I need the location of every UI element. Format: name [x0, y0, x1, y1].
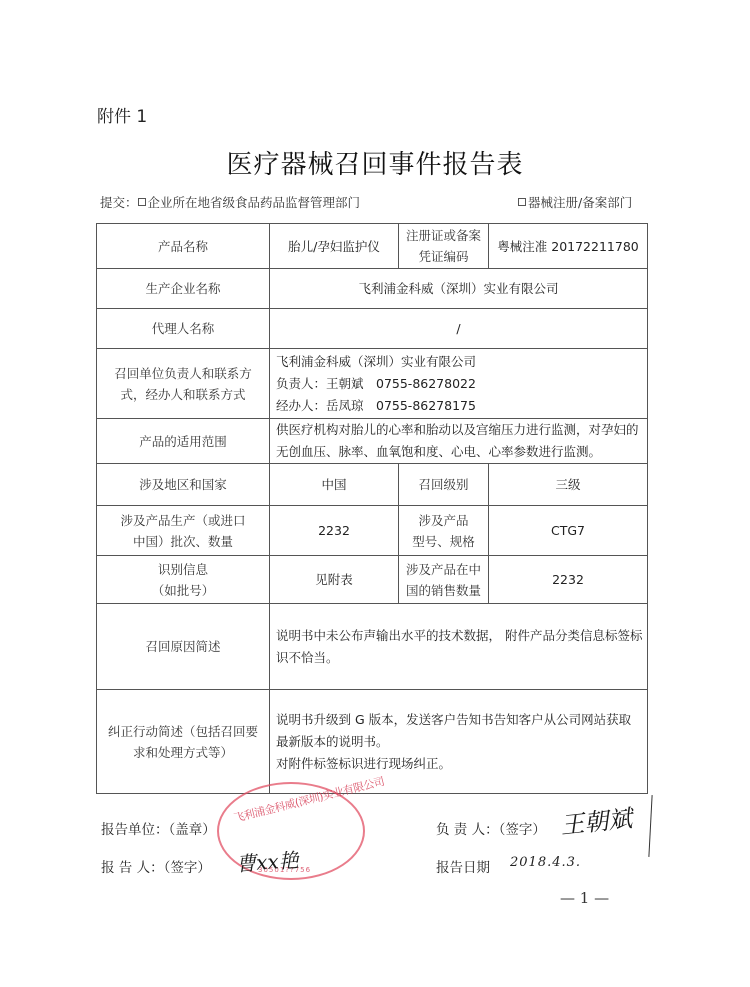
table-row: 生产企业名称 飞利浦金科威（深圳）实业有限公司 — [97, 269, 648, 309]
sales-value: 2232 — [489, 556, 648, 604]
submit-option-registration: 器械注册/备案部门 — [528, 195, 632, 210]
table-row: 产品名称 胎儿/孕妇监护仪 注册证或备案 凭证编码 粤械注准 201722117… — [97, 224, 648, 269]
model-label-line1: 涉及产品 — [403, 510, 484, 531]
contact-value: 飞利浦金科威（深圳）实业有限公司 负责人：王朝斌 0755-86278022 经… — [270, 349, 648, 419]
action-label-line1: 纠正行动简述（包括召回要 — [101, 721, 265, 742]
reason-line1: 说明书中未公布声输出水平的技术数据， 附件产品分类信息标签标 — [276, 625, 643, 647]
product-name-label: 产品名称 — [97, 224, 270, 269]
contact-label-line2: 式，经办人和联系方式 — [101, 384, 265, 405]
responsible-signature: 王朝斌 — [558, 798, 633, 840]
report-unit-label: 报告单位：（盖章） — [101, 818, 216, 838]
recall-report-table: 产品名称 胎儿/孕妇监护仪 注册证或备案 凭证编码 粤械注准 201722117… — [96, 223, 648, 794]
contact-responsible: 负责人：王朝斌 0755-86278022 — [276, 373, 643, 395]
scope-line2: 无创血压、脉率、血氧饱和度、心电、心率参数进行监测。 — [276, 441, 643, 463]
registration-label-line2: 凭证编码 — [403, 246, 484, 267]
table-row: 代理人名称 / — [97, 309, 648, 349]
submit-to-row: 提交：企业所在地省级食品药品监督管理部门 — [100, 193, 360, 211]
product-name-value: 胎儿/孕妇监护仪 — [270, 224, 399, 269]
registration-label-line1: 注册证或备案 — [403, 225, 484, 246]
reason-line2: 识不恰当。 — [276, 647, 643, 669]
id-value: 见附表 — [270, 556, 399, 604]
table-row: 召回原因简述 说明书中未公布声输出水平的技术数据， 附件产品分类信息标签标 识不… — [97, 604, 648, 690]
manufacturer-label: 生产企业名称 — [97, 269, 270, 309]
checkbox-provincial-fda[interactable] — [138, 198, 146, 206]
reporter-signature: 曹xx艳 — [235, 844, 299, 877]
table-row: 涉及产品生产（或进口 中国）批次、数量 2232 涉及产品 型号、规格 CTG7 — [97, 506, 648, 556]
checkbox-registration-dept[interactable] — [518, 198, 526, 206]
contact-handler: 经办人：岳凤琼 0755-86278175 — [276, 395, 643, 417]
batch-value: 2232 — [270, 506, 399, 556]
id-label: 识别信息 （如批号） — [97, 556, 270, 604]
recall-level-label: 召回级别 — [399, 464, 489, 506]
submit-to-registration: 器械注册/备案部门 — [518, 193, 632, 211]
contact-company: 飞利浦金科威（深圳）实业有限公司 — [276, 351, 643, 373]
scope-value: 供医疗机构对胎儿的心率和胎动以及宫缩压力进行监测，对孕妇的 无创血压、脉率、血氧… — [270, 419, 648, 464]
table-row: 涉及地区和国家 中国 召回级别 三级 — [97, 464, 648, 506]
registration-label: 注册证或备案 凭证编码 — [399, 224, 489, 269]
contact-label-line1: 召回单位负责人和联系方 — [101, 363, 265, 384]
table-row: 召回单位负责人和联系方 式，经办人和联系方式 飞利浦金科威（深圳）实业有限公司 … — [97, 349, 648, 419]
sales-label-line2: 国的销售数量 — [403, 580, 484, 601]
id-label-line2: （如批号） — [101, 580, 265, 601]
action-label-line2: 求和处理方式等） — [101, 742, 265, 763]
region-label: 涉及地区和国家 — [97, 464, 270, 506]
action-line3: 对附件标签标识进行现场纠正。 — [276, 753, 643, 775]
reason-label: 召回原因简述 — [97, 604, 270, 690]
model-label-line2: 型号、规格 — [403, 531, 484, 552]
submit-option-provincial: 企业所在地省级食品药品监督管理部门 — [148, 195, 361, 210]
agent-label: 代理人名称 — [97, 309, 270, 349]
agent-value: / — [270, 309, 648, 349]
batch-label-line1: 涉及产品生产（或进口 — [101, 510, 265, 531]
contact-label: 召回单位负责人和联系方 式，经办人和联系方式 — [97, 349, 270, 419]
batch-label-line2: 中国）批次、数量 — [101, 531, 265, 552]
sales-label: 涉及产品在中 国的销售数量 — [399, 556, 489, 604]
action-value: 说明书升级到 G 版本，发送客户告知书告知客户从公司网站获取 最新版本的说明书。… — [270, 690, 648, 794]
sales-label-line1: 涉及产品在中 — [403, 559, 484, 580]
page-title: 医疗器械召回事件报告表 — [0, 144, 750, 181]
responsible-label: 负 责 人：（签字） — [436, 818, 546, 838]
reporter-label: 报 告 人：（签字） — [101, 856, 211, 876]
model-value: CTG7 — [489, 506, 648, 556]
action-label: 纠正行动简述（包括召回要 求和处理方式等） — [97, 690, 270, 794]
submit-prefix: 提交： — [100, 195, 138, 210]
registration-value: 粤械注准 20172211780 — [489, 224, 648, 269]
scope-line1: 供医疗机构对胎儿的心率和胎动以及宫缩压力进行监测，对孕妇的 — [276, 419, 643, 441]
reason-value: 说明书中未公布声输出水平的技术数据， 附件产品分类信息标签标 识不恰当。 — [270, 604, 648, 690]
manufacturer-value: 飞利浦金科威（深圳）实业有限公司 — [270, 269, 648, 309]
table-row: 产品的适用范围 供医疗机构对胎儿的心率和胎动以及宫缩压力进行监测，对孕妇的 无创… — [97, 419, 648, 464]
page-number: — 1 — — [560, 889, 609, 907]
recall-level-value: 三级 — [489, 464, 648, 506]
action-line1: 说明书升级到 G 版本，发送客户告知书告知客户从公司网站获取 — [276, 709, 643, 731]
scope-label: 产品的适用范围 — [97, 419, 270, 464]
attachment-label: 附件 1 — [97, 102, 147, 127]
report-date-value: 2018.4.3. — [510, 855, 581, 870]
batch-label: 涉及产品生产（或进口 中国）批次、数量 — [97, 506, 270, 556]
report-date-label: 报告日期 — [436, 856, 490, 876]
region-value: 中国 — [270, 464, 399, 506]
model-label: 涉及产品 型号、规格 — [399, 506, 489, 556]
signature-stroke — [648, 795, 652, 857]
action-line2: 最新版本的说明书。 — [276, 731, 643, 753]
table-row: 识别信息 （如批号） 见附表 涉及产品在中 国的销售数量 2232 — [97, 556, 648, 604]
id-label-line1: 识别信息 — [101, 559, 265, 580]
